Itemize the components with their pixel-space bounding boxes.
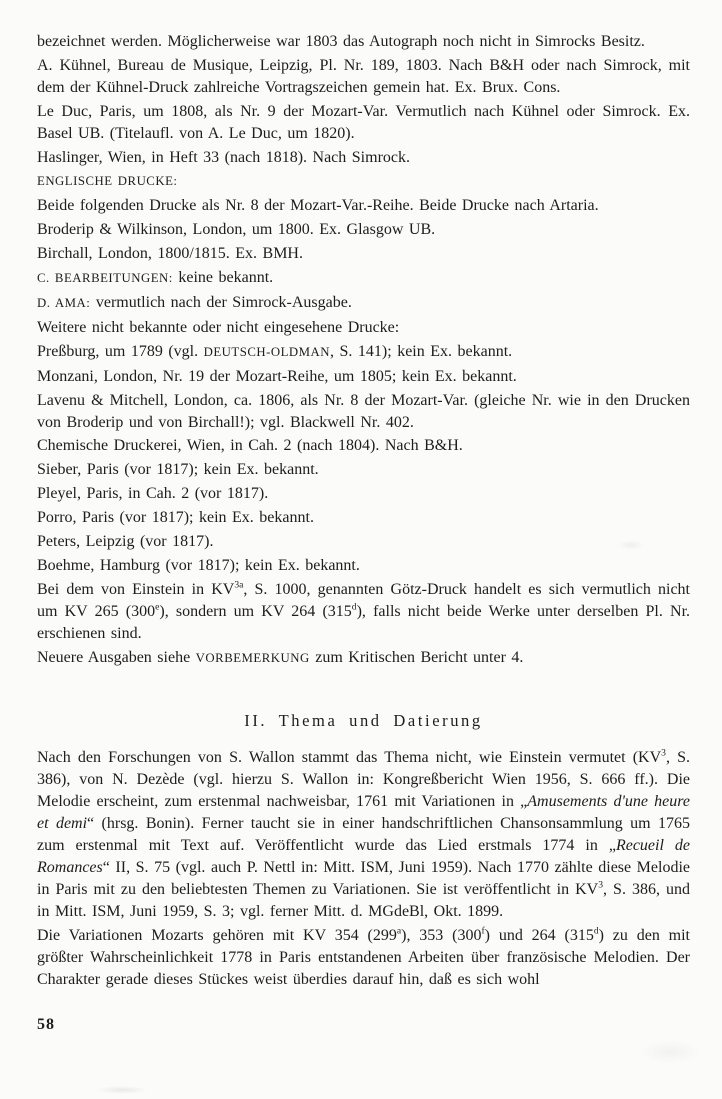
paragraph: Boehme, Hamburg (vor 1817); kein Ex. bek…: [37, 555, 690, 577]
small-caps-text: D. AMA:: [37, 296, 90, 310]
small-caps-text: ENGLISCHE DRUCKE:: [37, 174, 177, 188]
text-run: Monzani, London, Nr. 19 der Mozart-Reihe…: [37, 368, 517, 385]
paragraph: Chemische Druckerei, Wien, in Cah. 2 (na…: [37, 435, 690, 457]
small-caps-text: C. BEARBEITUNGEN:: [37, 271, 173, 285]
paragraph: A. Kühnel, Bureau de Musique, Leipzig, P…: [37, 55, 690, 99]
paragraph: Birchall, London, 1800/1815. Ex. BMH.: [37, 243, 690, 265]
scanned-book-page: bezeichnet werden. Möglicherweise war 18…: [0, 0, 722, 1099]
text-run: Chemische Druckerei, Wien, in Cah. 2 (na…: [37, 437, 463, 454]
paragraph: Bei dem von Einstein in KV3a, S. 1000, g…: [37, 579, 690, 645]
text-run: Nach den Forschungen von S. Wallon stamm…: [37, 749, 661, 766]
small-caps-text: VORBEMERKUNG: [196, 651, 310, 665]
text-run: ) und 264 (315: [485, 927, 594, 944]
text-run: keine bekannt.: [173, 269, 273, 286]
paragraph: Weitere nicht bekannte oder nicht einges…: [37, 317, 690, 339]
paragraph: C. BEARBEITUNGEN: keine bekannt.: [37, 267, 690, 290]
text-run: Porro, Paris (vor 1817); kein Ex. bekann…: [37, 509, 314, 526]
small-caps-text: DEUTSCH-OLDMAN: [204, 345, 330, 359]
paragraph: Monzani, London, Nr. 19 der Mozart-Reihe…: [37, 366, 690, 388]
paragraph: ENGLISCHE DRUCKE:: [37, 170, 690, 193]
text-run: bezeichnet werden. Möglicherweise war 18…: [37, 33, 645, 50]
text-run: Preßburg, um 1789 (vgl.: [37, 343, 204, 360]
paragraph: Nach den Forschungen von S. Wallon stamm…: [37, 747, 690, 922]
paragraph: bezeichnet werden. Möglicherweise war 18…: [37, 31, 690, 53]
paragraph: Broderip & Wilkinson, London, um 1800. E…: [37, 219, 690, 241]
paragraph: Peters, Leipzig (vor 1817).: [37, 531, 690, 553]
text-run: Broderip & Wilkinson, London, um 1800. E…: [37, 221, 435, 238]
text-run: , S. 141); kein Ex. bekannt.: [330, 343, 512, 360]
paragraph: Die Variationen Mozarts gehören mit KV 3…: [37, 925, 690, 991]
paragraph: Neuere Ausgaben siehe VORBEMERKUNG zum K…: [37, 647, 690, 670]
scan-speckle: [96, 1086, 148, 1094]
text-column: bezeichnet werden. Möglicherweise war 18…: [0, 0, 722, 1034]
scan-speckle: [640, 1040, 700, 1064]
text-run: Bei dem von Einstein in KV: [37, 581, 234, 598]
paragraph: Lavenu & Mitchell, London, ca. 1806, als…: [37, 390, 690, 434]
text-run: Die Variationen Mozarts gehören mit KV 3…: [37, 927, 397, 944]
text-run: ), sondern um KV 264 (315: [159, 603, 351, 620]
text-run: A. Kühnel, Bureau de Musique, Leipzig, P…: [37, 57, 690, 96]
text-run: zum Kritischen Bericht unter 4.: [310, 649, 524, 666]
text-run: Boehme, Hamburg (vor 1817); kein Ex. bek…: [37, 557, 360, 574]
text-run: ), 353 (300: [401, 927, 481, 944]
text-run: vermutlich nach der Simrock-Ausgabe.: [90, 294, 351, 311]
text-run: “ II, S. 75 (vgl. auch P. Nettl in: Mitt…: [37, 859, 690, 898]
paragraph: Haslinger, Wien, in Heft 33 (nach 1818).…: [37, 147, 690, 169]
paragraph: Porro, Paris (vor 1817); kein Ex. bekann…: [37, 507, 690, 529]
text-run: Sieber, Paris (vor 1817); kein Ex. bekan…: [37, 461, 319, 478]
text-run: Lavenu & Mitchell, London, ca. 1806, als…: [37, 392, 690, 431]
thema-section: Nach den Forschungen von S. Wallon stamm…: [37, 747, 690, 990]
text-run: Beide folgenden Drucke als Nr. 8 der Moz…: [37, 197, 599, 214]
paragraph: Beide folgenden Drucke als Nr. 8 der Moz…: [37, 195, 690, 217]
text-run: Peters, Leipzig (vor 1817).: [37, 533, 213, 550]
text-run: Haslinger, Wien, in Heft 33 (nach 1818).…: [37, 149, 410, 166]
paragraph: Sieber, Paris (vor 1817); kein Ex. bekan…: [37, 459, 690, 481]
paragraph: Preßburg, um 1789 (vgl. DEUTSCH-OLDMAN, …: [37, 341, 690, 364]
paragraph: Le Duc, Paris, um 1808, als Nr. 9 der Mo…: [37, 101, 690, 145]
page-number: 58: [37, 1016, 690, 1034]
text-run: Le Duc, Paris, um 1808, als Nr. 9 der Mo…: [37, 103, 690, 142]
catalog-section: bezeichnet werden. Möglicherweise war 18…: [37, 31, 690, 669]
paragraph: Pleyel, Paris, in Cah. 2 (vor 1817).: [37, 483, 690, 505]
paragraph: D. AMA: vermutlich nach der Simrock-Ausg…: [37, 292, 690, 315]
text-run: Weitere nicht bekannte oder nicht einges…: [37, 319, 399, 336]
text-run: “ (hrsg. Bonin). Ferner taucht sie in ei…: [37, 815, 690, 854]
text-run: Birchall, London, 1800/1815. Ex. BMH.: [37, 245, 303, 262]
text-run: Pleyel, Paris, in Cah. 2 (vor 1817).: [37, 485, 268, 502]
text-run: Neuere Ausgaben siehe: [37, 649, 196, 666]
section-heading: II. Thema und Datierung: [37, 711, 690, 731]
